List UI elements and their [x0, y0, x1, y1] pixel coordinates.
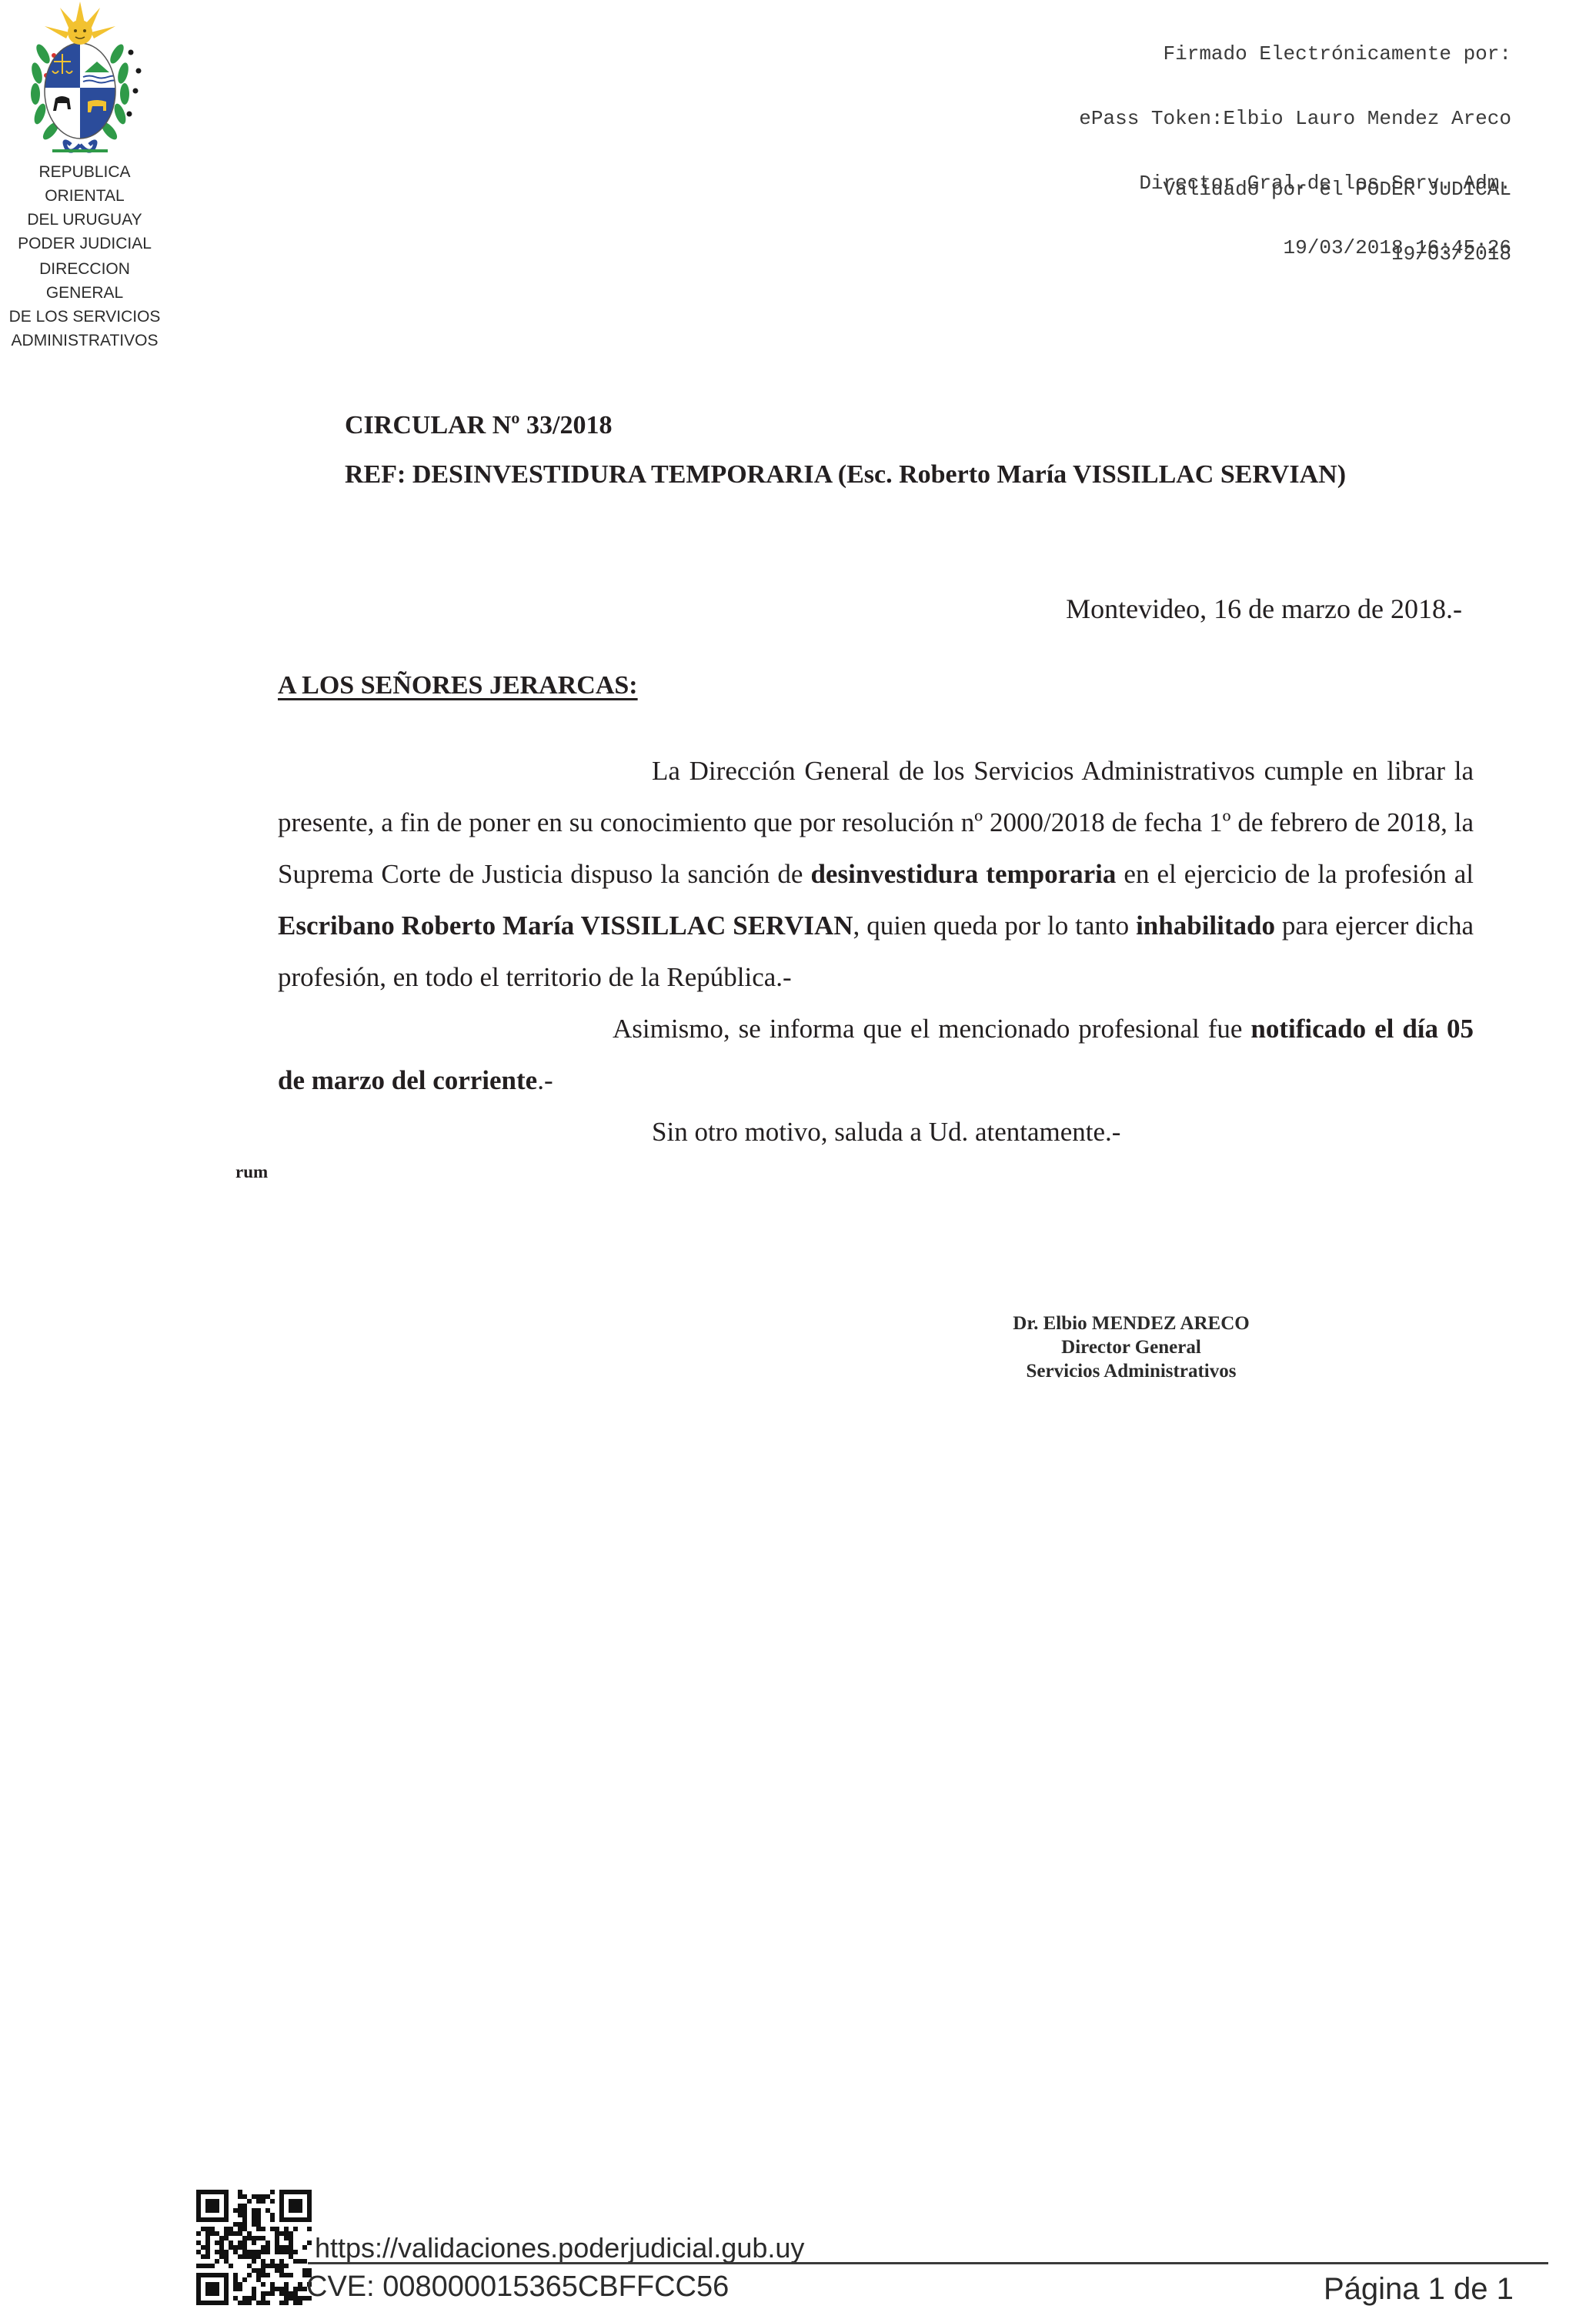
text-run: , quien queda por lo tanto	[853, 911, 1137, 941]
validation-url-link[interactable]: https://validaciones.poderjudicial.gub.u…	[315, 2232, 804, 2264]
qr-code-icon	[196, 2190, 312, 2305]
coat-of-arms-icon	[14, 0, 146, 159]
closing-paragraph: Sin otro motivo, saluda a Ud. atentament…	[278, 1106, 1474, 1158]
department-name: DIRECCION GENERAL DE LOS SERVICIOS ADMIN…	[0, 257, 169, 353]
department-line: DIRECCION GENERAL	[0, 257, 169, 305]
department-line: DE LOS SERVICIOS	[0, 305, 169, 329]
text-run: en el ejercicio de la profesión al	[1116, 859, 1474, 889]
department-line: ADMINISTRATIVOS	[0, 329, 169, 353]
body-paragraph-1: La Dirección General de los Servicios Ad…	[278, 745, 1474, 1003]
footer-divider	[308, 2262, 1548, 2264]
institution-name: REPUBLICA ORIENTAL DEL URUGUAY PODER JUD…	[0, 160, 169, 256]
salutation: A LOS SEÑORES JERARCAS:	[278, 671, 638, 700]
circular-number: CIRCULAR Nº 33/2018	[345, 411, 612, 440]
validation-date: 19/03/2018	[1164, 243, 1511, 265]
signer-name: Dr. Elbio MENDEZ ARECO	[993, 1312, 1270, 1335]
body-paragraph-2: Asimismo, se informa que el mencionado p…	[278, 1003, 1474, 1106]
page-number: Página 1 de 1	[1324, 2272, 1514, 2307]
emphasis-notary-name: Escribano Roberto María VISSILLAC SERVIA…	[278, 911, 853, 941]
text-run: .-	[537, 1065, 553, 1095]
document-date: Montevideo, 16 de marzo de 2018.-	[1066, 593, 1462, 625]
signer-office: Servicios Administrativos	[993, 1359, 1270, 1383]
institution-line: DEL URUGUAY	[0, 208, 169, 232]
institution-line: PODER JUDICIAL	[0, 232, 169, 256]
verification-code: CVE: 008000015365CBFFCC56	[306, 2271, 729, 2304]
signer-block: Dr. Elbio MENDEZ ARECO Director General …	[993, 1312, 1270, 1383]
institution-line: REPUBLICA ORIENTAL	[0, 160, 169, 208]
signature-line: Firmado Electrónicamente por:	[1079, 43, 1511, 65]
validation-block: Validado por el PODER JUDICAL 19/03/2018	[1164, 135, 1511, 286]
typist-initials: rum	[235, 1162, 268, 1182]
validation-line: Validado por el PODER JUDICAL	[1164, 179, 1511, 200]
text-run: Asimismo, se informa que el mencionado p…	[613, 1014, 1250, 1044]
reference-line: REF: DESINVESTIDURA TEMPORARIA (Esc. Rob…	[345, 460, 1346, 490]
signature-line: ePass Token:Elbio Lauro Mendez Areco	[1079, 108, 1511, 129]
emphasis-sanction: desinvestidura temporaria	[810, 859, 1116, 889]
signer-title: Director General	[993, 1335, 1270, 1359]
emphasis-disqualified: inhabilitado	[1136, 911, 1275, 941]
